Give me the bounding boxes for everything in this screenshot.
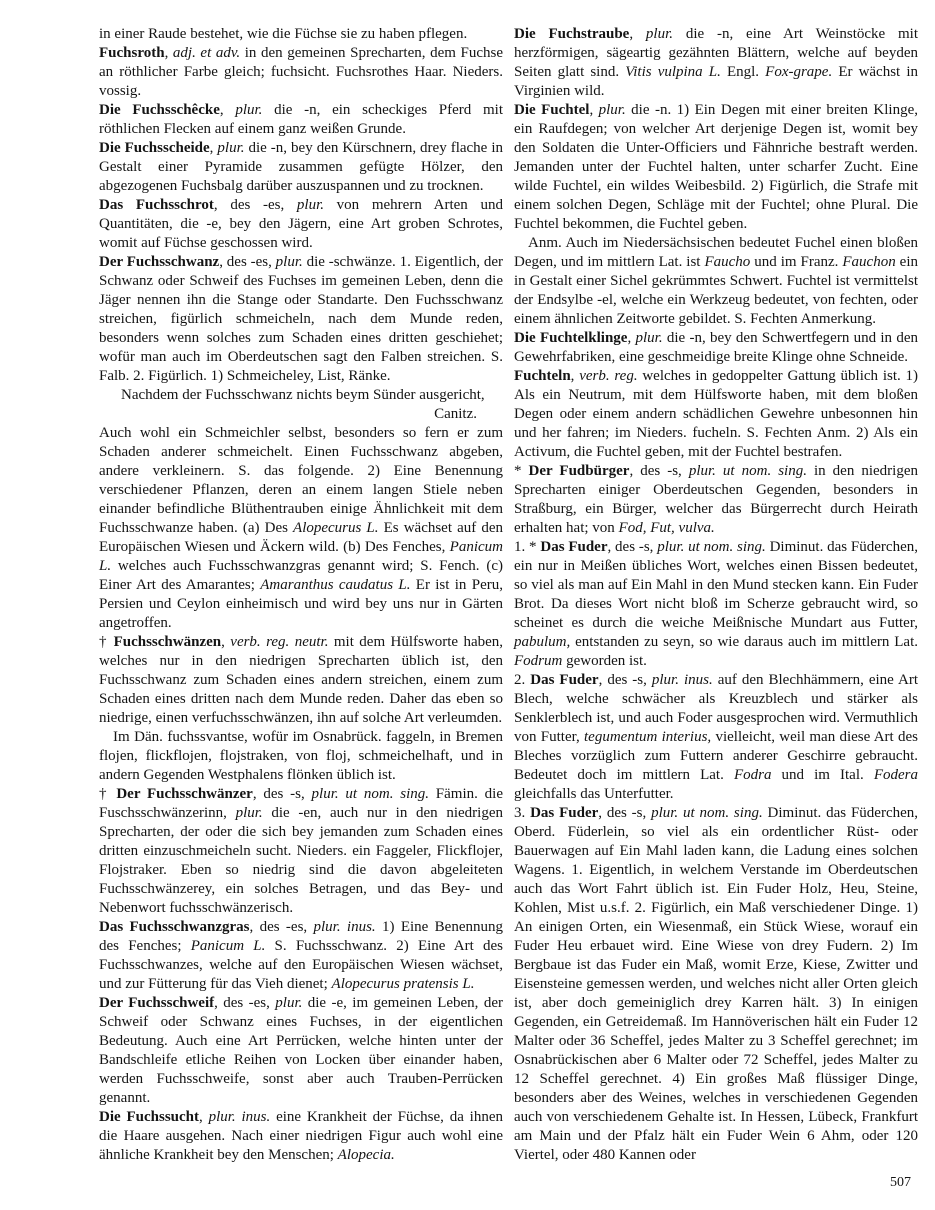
italic-text: plur. inus. [314, 919, 376, 935]
italic-text: Fodrum [514, 653, 562, 669]
body-text: , des -s, [629, 463, 688, 479]
dictionary-entry: Die Fuchssucht, plur. inus. eine Krankhe… [99, 1108, 503, 1165]
dictionary-entry: * Der Fudbürger, des -s, plur. ut nom. s… [514, 462, 918, 538]
italic-text: plur. [635, 330, 662, 346]
body-text: , des -es, [214, 995, 275, 1011]
italic-text: adj. et adv. [173, 45, 240, 61]
dictionary-entry: in einer Raude bestehet, wie die Füchse … [99, 25, 503, 44]
italic-text: plur. ut nom. sing. [651, 805, 763, 821]
italic-text: Fox-grape. [765, 64, 832, 80]
headword-text: Fuchsschwänzen [114, 634, 222, 650]
body-text: Canitz. [434, 406, 477, 422]
headword-text: Die Fuchsschêcke [99, 102, 220, 118]
body-text: † [99, 786, 116, 802]
headword-text: Das Fuder [540, 539, 607, 555]
body-text: , [220, 102, 235, 118]
dictionary-entry: Fuchsroth, adj. et adv. in den gemeinen … [99, 44, 503, 101]
body-text: die -en, auch nur in den niedrigen Sprec… [99, 805, 503, 916]
quote-attribution: Canitz. [99, 405, 503, 424]
body-text: 1. * [514, 539, 540, 555]
italic-text: plur. [236, 805, 263, 821]
headword-text: Das Fuchsschwanzgras [99, 919, 250, 935]
body-text: und im Franz. [750, 254, 842, 270]
dictionary-entry: Das Fuchsschrot, des -es, plur. von mehr… [99, 196, 503, 253]
italic-text: plur. [275, 995, 302, 1011]
italic-text: Alopecia. [338, 1147, 395, 1163]
italic-text: plur. ut nom. sing. [689, 463, 807, 479]
italic-text: plur. ut nom. sing. [312, 786, 429, 802]
body-text: und im Ital. [771, 767, 873, 783]
body-text: , [589, 102, 598, 118]
italic-text: Fodera [874, 767, 918, 783]
body-text: , des -s, [253, 786, 312, 802]
text-columns: in einer Raude bestehet, wie die Füchse … [99, 25, 935, 1165]
italic-text: Panicum L. [191, 938, 266, 954]
dictionary-entry: Das Fuchsschwanzgras, des -es, plur. inu… [99, 918, 503, 994]
dictionary-entry: 2. Das Fuder, des -s, plur. inus. auf de… [514, 671, 918, 804]
italic-text: plur. [646, 26, 673, 42]
italic-text: pabulum, [514, 634, 570, 650]
italic-text: plur. [599, 102, 626, 118]
headword-text: Die Fuchtel [514, 102, 589, 118]
body-text: Diminut. das Füderchen, Oberd. Füderlein… [514, 805, 918, 1163]
headword-text: Die Fuchssucht [99, 1109, 199, 1125]
body-text: , des -es, [214, 197, 297, 213]
body-text: , des -s, [608, 539, 658, 555]
dictionary-entry: Die Fuchtelklinge, plur. die -n, bey den… [514, 329, 918, 367]
dictionary-entry: Die Fuchsscheide, plur. die -n, bey den … [99, 139, 503, 196]
annotation-paragraph: Im Dän. fuchssvantse, wofür im Osnabrück… [99, 728, 503, 785]
body-text: die -n. 1) Ein Degen mit einer breiten K… [514, 102, 918, 232]
body-text: , des -s, [599, 672, 652, 688]
dictionary-page: in einer Raude bestehet, wie die Füchse … [0, 0, 935, 1210]
italic-text: Alopecurus L. [293, 520, 379, 536]
body-text: geworden ist. [562, 653, 647, 669]
body-text: , [199, 1109, 209, 1125]
headword-text: Die Fuchsscheide [99, 140, 210, 156]
headword-text: Fuchteln [514, 368, 571, 384]
left-column: in einer Raude bestehet, wie die Füchse … [99, 25, 503, 1165]
dictionary-entry: Der Fuchsschweif, des -es, plur. die -e,… [99, 994, 503, 1108]
page-number: 507 [890, 1174, 911, 1192]
body-text: , [571, 368, 580, 384]
italic-text: plur. [297, 197, 324, 213]
headword-text: Das Fuchsschrot [99, 197, 214, 213]
headword-text: Die Fuchstraube [514, 26, 629, 42]
body-text: , [221, 634, 230, 650]
italic-text: Alopecurus pratensis L. [332, 976, 475, 992]
italic-text: Amaranthus caudatus L. [260, 577, 410, 593]
italic-text: tegumentum interius, [584, 729, 711, 745]
dictionary-entry: Die Fuchsschêcke, plur. die -n, ein sche… [99, 101, 503, 139]
body-text: die -schwänze. 1. Eigentlich, der Schwan… [99, 254, 503, 384]
italic-text: Fod, Fut, vulva. [619, 520, 715, 536]
body-text: Nachdem der Fuchsschwanz nichts beym Sün… [121, 387, 485, 403]
italic-text: plur. [235, 102, 262, 118]
right-column: Die Fuchstraube, plur. die -n, eine Art … [514, 25, 918, 1165]
italic-text: Fodra [734, 767, 772, 783]
dictionary-entry: 3. Das Fuder, des -s, plur. ut nom. sing… [514, 804, 918, 1165]
dictionary-entry: Der Fuchsschwanz, des -es, plur. die -sc… [99, 253, 503, 386]
body-text: Im Dän. fuchssvantse, wofür im Osnabrück… [99, 729, 503, 783]
dictionary-entry: 1. * Das Fuder, des -s, plur. ut nom. si… [514, 538, 918, 671]
dictionary-entry: Fuchteln, verb. reg. welches in gedoppel… [514, 367, 918, 462]
headword-text: Das Fuder [530, 805, 598, 821]
body-text: 3. [514, 805, 530, 821]
headword-text: Der Fuchsschwanz [99, 254, 219, 270]
headword-text: Fuchsroth [99, 45, 165, 61]
dictionary-entry: Die Fuchtel, plur. die -n. 1) Ein Degen … [514, 101, 918, 234]
annotation-paragraph: Anm. Auch im Niedersächsischen bedeutet … [514, 234, 918, 329]
body-text: † [99, 634, 114, 650]
dictionary-entry: Die Fuchstraube, plur. die -n, eine Art … [514, 25, 918, 101]
italic-text: Fauchon [842, 254, 895, 270]
body-text: , des -es, [219, 254, 275, 270]
body-text: 2. [514, 672, 530, 688]
body-text: * [514, 463, 529, 479]
headword-text: Die Fuchtelklinge [514, 330, 627, 346]
body-text: Engl. [721, 64, 765, 80]
headword-text: Der Fudbürger [529, 463, 630, 479]
body-text: in einer Raude bestehet, wie die Füchse … [99, 26, 467, 42]
headword-text: Der Fuchsschwänzer [116, 786, 253, 802]
body-text: gleichfalls das Unterfutter. [514, 786, 674, 802]
italic-text: plur. inus. [209, 1109, 271, 1125]
headword-text: Das Fuder [530, 672, 598, 688]
body-text: , des -s, [598, 805, 651, 821]
body-text: , [629, 26, 646, 42]
headword-text: Der Fuchsschweif [99, 995, 214, 1011]
italic-text: plur. inus. [652, 672, 713, 688]
italic-text: Vitis vulpina L. [625, 64, 721, 80]
dictionary-entry: † Der Fuchsschwänzer, des -s, plur. ut n… [99, 785, 503, 918]
italic-text: plur. [217, 140, 244, 156]
italic-text: verb. reg. neutr. [230, 634, 328, 650]
italic-text: verb. reg. [579, 368, 637, 384]
body-text: , [165, 45, 173, 61]
italic-text: Faucho [704, 254, 750, 270]
verse-quote: Nachdem der Fuchsschwanz nichts beym Sün… [99, 386, 503, 405]
body-text: , des -es, [250, 919, 314, 935]
italic-text: plur. ut nom. sing. [657, 539, 766, 555]
body-text: entstanden zu seyn, so wie daraus auch i… [570, 634, 918, 650]
dictionary-entry: Auch wohl ein Schmeichler selbst, besond… [99, 424, 503, 633]
dictionary-entry: † Fuchsschwänzen, verb. reg. neutr. mit … [99, 633, 503, 728]
body-text: die -e, im gemeinen Leben, der Schweif o… [99, 995, 503, 1106]
italic-text: plur. [276, 254, 303, 270]
